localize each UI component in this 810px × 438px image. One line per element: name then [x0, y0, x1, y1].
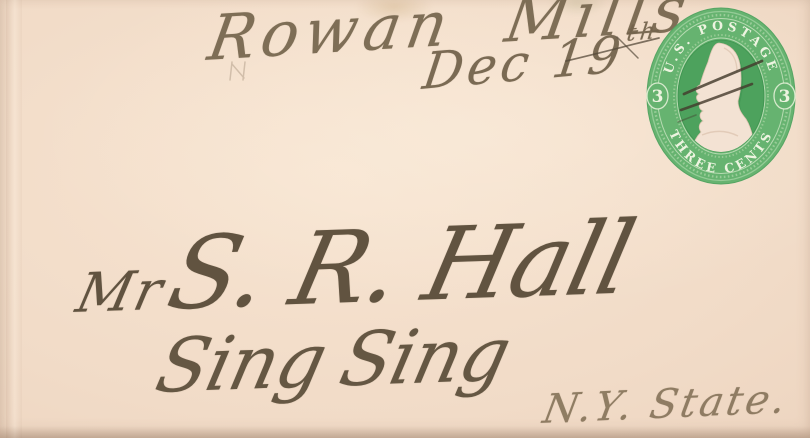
denomination-right: 3 [779, 87, 791, 107]
photo-of-envelope: Rowan Mills Dec 19th [0, 0, 810, 438]
paper-crease [6, 0, 22, 438]
address-region: N.Y. State. [540, 379, 792, 430]
address-name: S. R. Hall [158, 199, 643, 333]
denomination-left: 3 [652, 87, 664, 107]
envelope-paper: Rowan Mills Dec 19th [0, 0, 810, 438]
embossed-postage-stamp: U.S. POSTAGE THREE CENTS 3 3 [644, 5, 798, 187]
address-city: Sing Sing [150, 317, 516, 404]
address-name-line: Mr S. R. Hall [70, 208, 641, 328]
envelope-bottom-shadow [0, 426, 810, 438]
address-honorific: Mr [71, 258, 171, 325]
